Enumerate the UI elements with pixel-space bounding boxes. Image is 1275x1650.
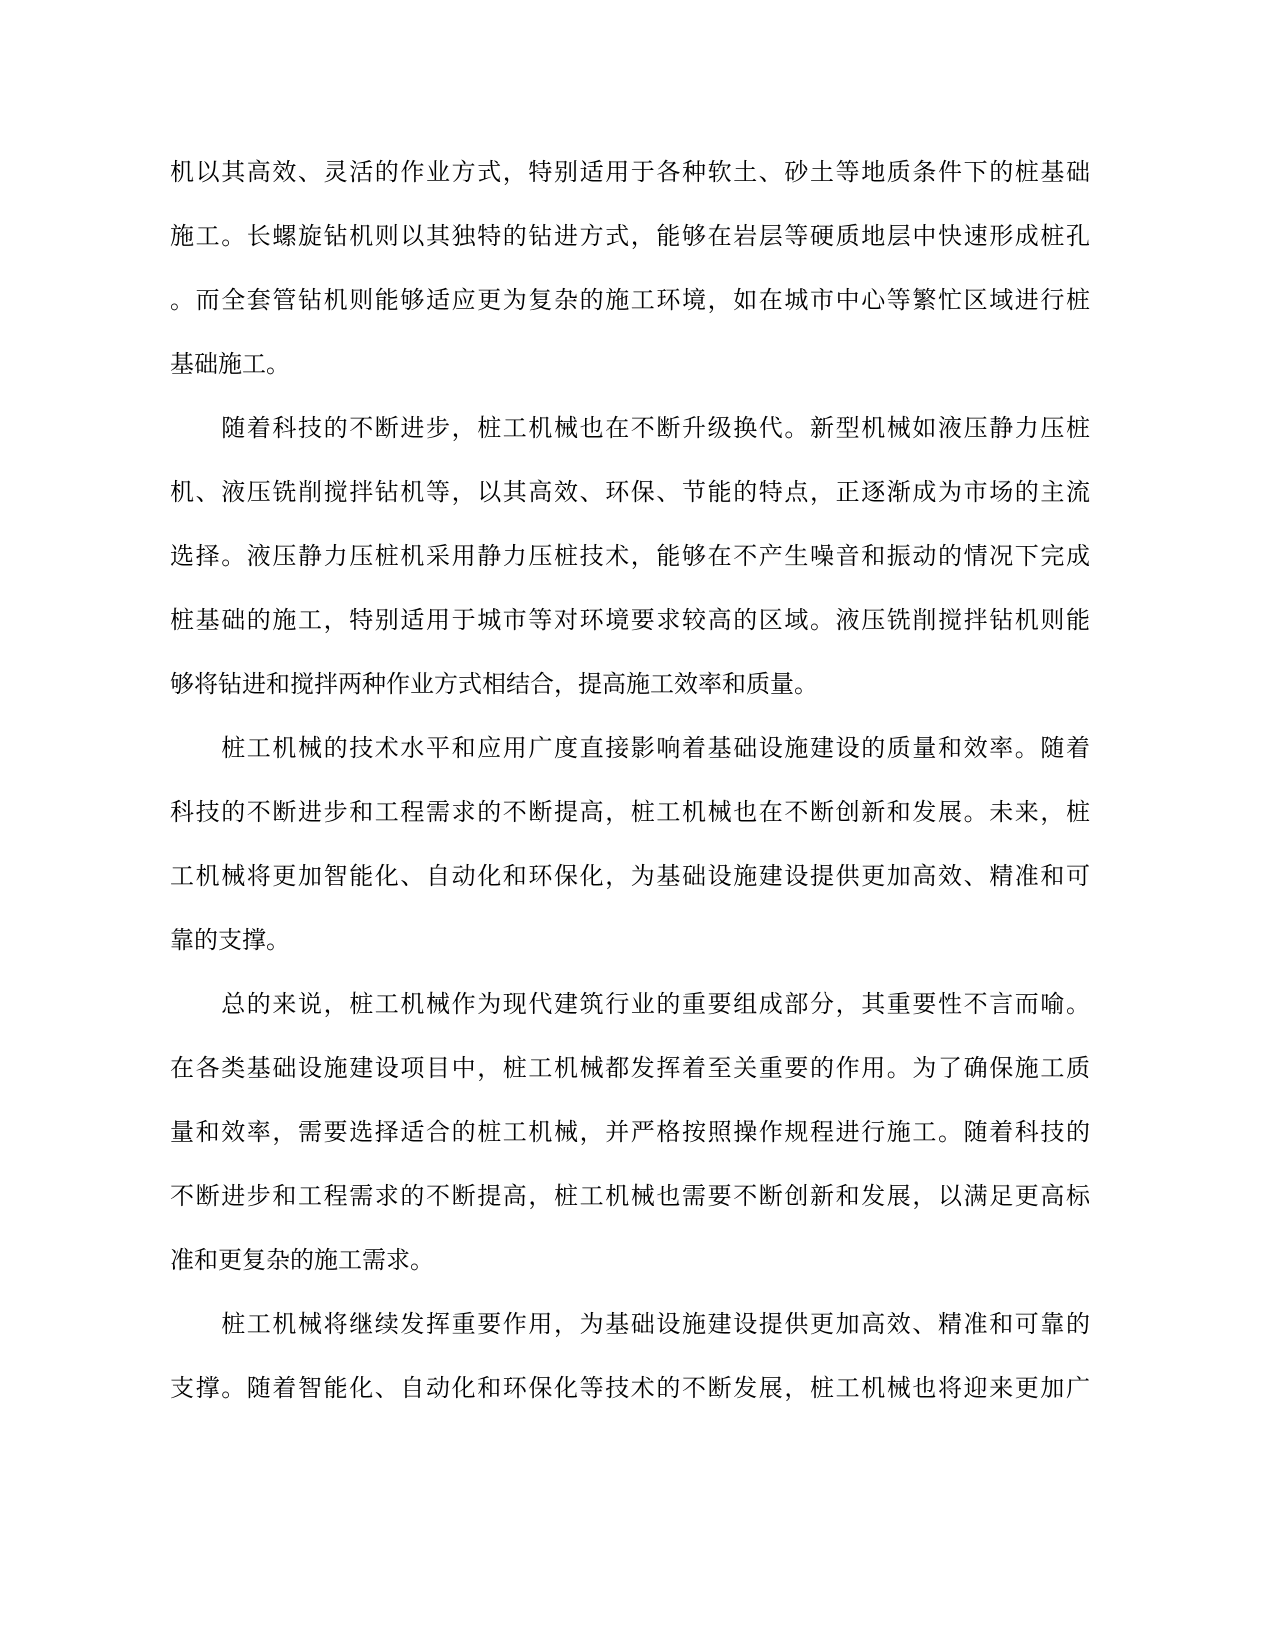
paragraph-5: 桩工机械将继续发挥重要作用，为基础设施建设提供更加高效、精准和可靠的 支撑。随着…	[170, 1293, 1090, 1421]
text-line: 支撑。随着智能化、自动化和环保化等技术的不断发展，桩工机械也将迎来更加广	[170, 1357, 1090, 1421]
text-line: 随着科技的不断进步，桩工机械也在不断升级换代。新型机械如液压静力压桩	[170, 397, 1090, 461]
text-line: 不断进步和工程需求的不断提高，桩工机械也需要不断创新和发展，以满足更高标	[170, 1165, 1090, 1229]
text-line: 准和更复杂的施工需求。	[170, 1229, 1090, 1293]
text-line: 桩基础的施工，特别适用于城市等对环境要求较高的区域。液压铣削搅拌钻机则能	[170, 589, 1090, 653]
text-line: 在各类基础设施建设项目中，桩工机械都发挥着至关重要的作用。为了确保施工质	[170, 1037, 1090, 1101]
text-line: 机以其高效、灵活的作业方式，特别适用于各种软土、砂土等地质条件下的桩基础	[170, 141, 1090, 205]
paragraph-1: 机以其高效、灵活的作业方式，特别适用于各种软土、砂土等地质条件下的桩基础 施工。…	[170, 141, 1090, 397]
text-line: 工机械将更加智能化、自动化和环保化，为基础设施建设提供更加高效、精准和可	[170, 845, 1090, 909]
text-line: 够将钻进和搅拌两种作业方式相结合，提高施工效率和质量。	[170, 653, 1090, 717]
text-line: 科技的不断进步和工程需求的不断提高，桩工机械也在不断创新和发展。未来，桩	[170, 781, 1090, 845]
text-line: 桩工机械的技术水平和应用广度直接影响着基础设施建设的质量和效率。随着	[170, 717, 1090, 781]
text-line: 选择。液压静力压桩机采用静力压桩技术，能够在不产生噪音和振动的情况下完成	[170, 525, 1090, 589]
paragraph-4: 总的来说，桩工机械作为现代建筑行业的重要组成部分，其重要性不言而喻。 在各类基础…	[170, 973, 1090, 1293]
text-line: 。而全套管钻机则能够适应更为复杂的施工环境，如在城市中心等繁忙区域进行桩	[170, 269, 1090, 333]
paragraph-3: 桩工机械的技术水平和应用广度直接影响着基础设施建设的质量和效率。随着 科技的不断…	[170, 717, 1090, 973]
text-line: 量和效率，需要选择适合的桩工机械，并严格按照操作规程进行施工。随着科技的	[170, 1101, 1090, 1165]
text-line: 桩工机械将继续发挥重要作用，为基础设施建设提供更加高效、精准和可靠的	[170, 1293, 1090, 1357]
text-line: 基础施工。	[170, 333, 1090, 397]
text-line: 靠的支撑。	[170, 909, 1090, 973]
paragraph-2: 随着科技的不断进步，桩工机械也在不断升级换代。新型机械如液压静力压桩 机、液压铣…	[170, 397, 1090, 717]
document-page: 机以其高效、灵活的作业方式，特别适用于各种软土、砂土等地质条件下的桩基础 施工。…	[0, 0, 1275, 1650]
text-line: 总的来说，桩工机械作为现代建筑行业的重要组成部分，其重要性不言而喻。	[170, 973, 1090, 1037]
text-line: 机、液压铣削搅拌钻机等，以其高效、环保、节能的特点，正逐渐成为市场的主流	[170, 461, 1090, 525]
document-text-block: 机以其高效、灵活的作业方式，特别适用于各种软土、砂土等地质条件下的桩基础 施工。…	[170, 141, 1090, 1421]
text-line: 施工。长螺旋钻机则以其独特的钻进方式，能够在岩层等硬质地层中快速形成桩孔	[170, 205, 1090, 269]
